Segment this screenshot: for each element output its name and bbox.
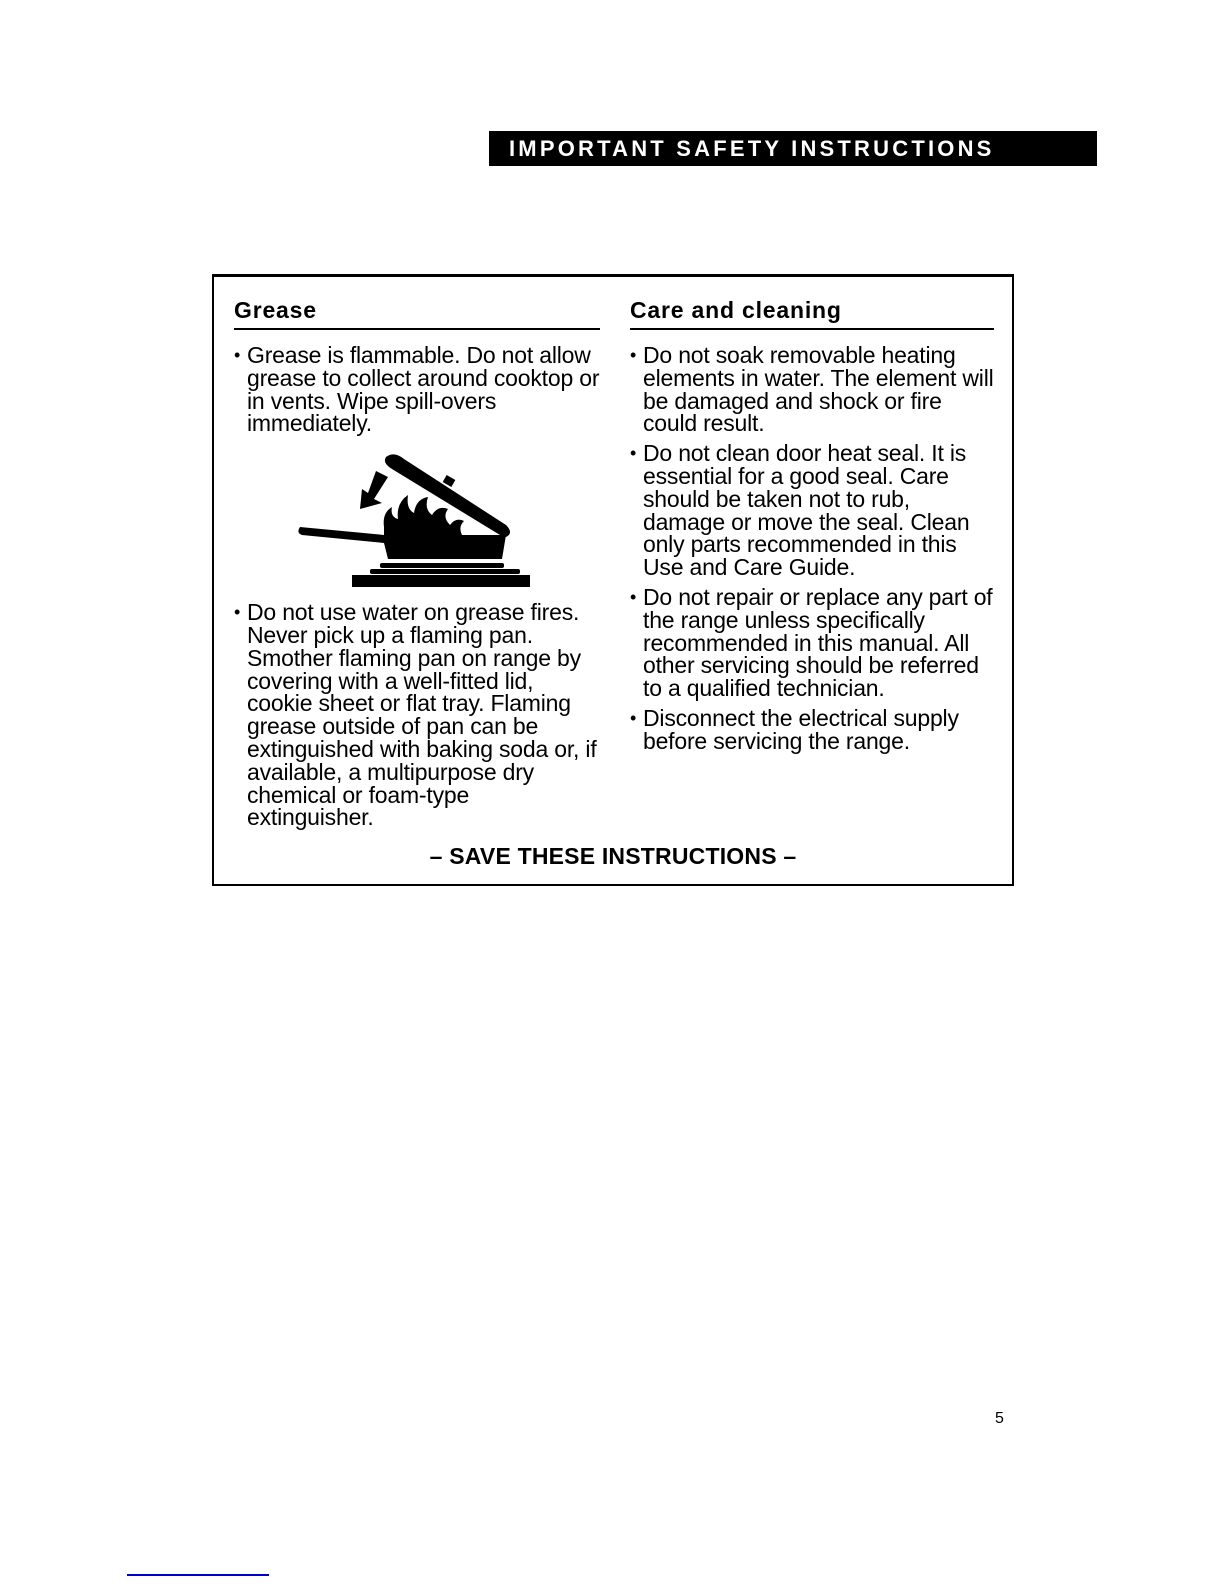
bullet-icon: •: [630, 344, 636, 367]
page-number: 5: [995, 1410, 1004, 1428]
safety-instructions-box: Grease • Grease is flammable. Do not all…: [212, 274, 1014, 886]
covering-flaming-pan-with-lid-icon: [294, 447, 534, 587]
grease-bullet: • Grease is flammable. Do not allow grea…: [234, 344, 600, 435]
save-instructions-footer: – SAVE THESE INSTRUCTIONS –: [214, 843, 1012, 870]
bullet-icon: •: [234, 344, 240, 367]
care-and-cleaning-column: Care and cleaning • Do not soak removabl…: [630, 295, 994, 753]
care-bullet: • Do not clean door heat seal. It is ess…: [630, 442, 994, 579]
bullet-icon: •: [630, 442, 636, 465]
care-bullet: • Disconnect the electrical supply befor…: [630, 707, 994, 753]
bullet-icon: •: [234, 601, 240, 624]
grease-column: Grease • Grease is flammable. Do not all…: [234, 295, 600, 829]
grease-bullet: • Do not use water on grease fires. Neve…: [234, 601, 600, 829]
link-underline[interactable]: [127, 1574, 269, 1576]
bullet-icon: •: [630, 707, 636, 730]
section-header-banner: IMPORTANT SAFETY INSTRUCTIONS: [489, 131, 1097, 166]
care-bullet: • Do not repair or replace any part of t…: [630, 586, 994, 700]
care-bullet: • Do not soak removable heating elements…: [630, 344, 994, 435]
grease-title: Grease: [234, 295, 600, 330]
bullet-icon: •: [630, 586, 636, 609]
care-and-cleaning-title: Care and cleaning: [630, 295, 994, 330]
